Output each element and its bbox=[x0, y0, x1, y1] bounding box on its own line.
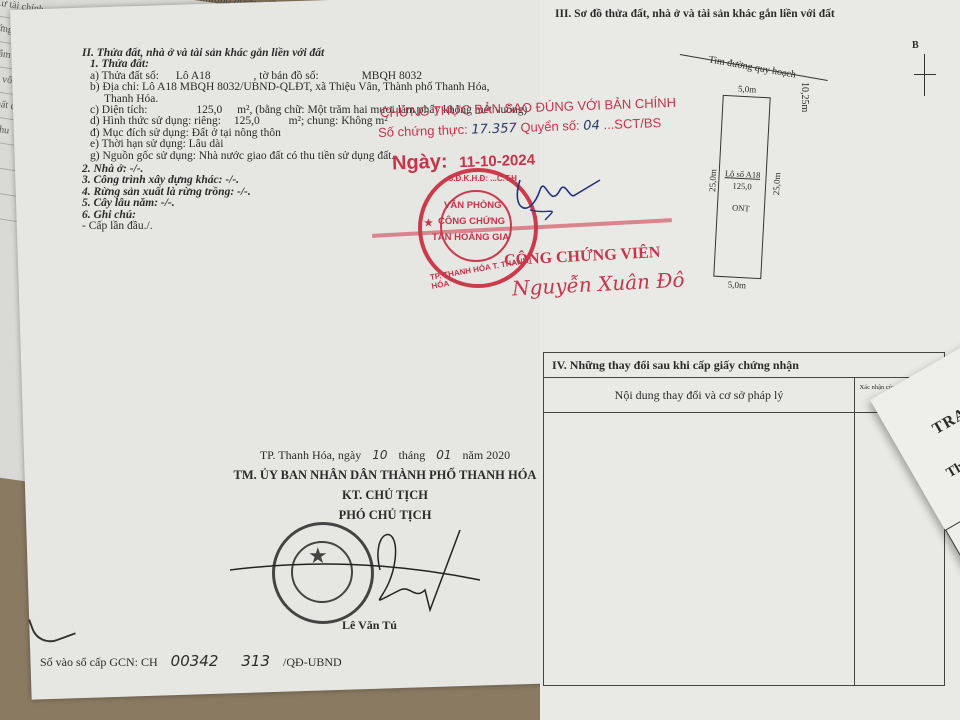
usage-form-label: d) Hình thức sử dụng: riêng: bbox=[90, 115, 221, 127]
issue-month: 01 bbox=[436, 448, 451, 462]
seal-line: CÔNG CHỨNG bbox=[438, 216, 505, 227]
seal-line: TÂN HOÀNG GIA bbox=[432, 232, 509, 243]
signer-name: Lê Văn Tú bbox=[342, 618, 397, 633]
issuer-signature-block: TP. Thanh Hóa, ngày 10 tháng 01 năm 2020… bbox=[220, 448, 550, 528]
road-distance: 10,25m bbox=[799, 82, 810, 112]
notary-signature bbox=[500, 170, 610, 230]
section-4-heading: IV. Những thay đổi sau khi cấp giấy chứn… bbox=[544, 353, 944, 378]
book-number-label: Quyển số: bbox=[520, 118, 580, 135]
usage-term: e) Thời hạn sử dụng: Lâu dài bbox=[90, 139, 527, 150]
changes-table-body bbox=[544, 413, 944, 685]
north-arrow-icon bbox=[924, 54, 925, 96]
area-label: c) Diện tích: bbox=[90, 104, 147, 116]
book-number-value: 04 bbox=[583, 118, 600, 134]
lot-right-dimension: 25,0m bbox=[771, 172, 782, 195]
certification-number-label: Số chứng thực: bbox=[378, 122, 468, 140]
lot-name: Lô số A18 bbox=[719, 168, 765, 180]
overlay-title: TRANG B... bbox=[930, 376, 960, 439]
registry-suffix: /QĐ-UBND bbox=[283, 655, 342, 669]
overlay-line: Thửa đất số... bbox=[944, 427, 960, 482]
plot-number-label: a) Thửa đất số: bbox=[90, 70, 159, 82]
land-plot-label: 1. Thửa đất: bbox=[90, 58, 149, 70]
seal-line: VĂN PHÒNG bbox=[444, 200, 502, 211]
lot-left-dimension: 25,0m bbox=[707, 169, 718, 192]
map-sheet-label: , tờ bản đồ số: bbox=[254, 70, 319, 82]
issuing-organization: TM. ỦY BAN NHÂN DÂN THÀNH PHỐ THANH HÓA bbox=[220, 468, 550, 483]
lot-diagram: 5,0m 5,0m 25,0m 25,0m Lô số A18 125,0 ON… bbox=[713, 95, 770, 279]
usage-shared-value: m²; chung: Không m² bbox=[289, 115, 388, 127]
usage-private-value: 125,0 bbox=[234, 115, 260, 127]
area-value: 125,0 bbox=[196, 104, 222, 116]
registry-number-value: 00342 bbox=[171, 652, 219, 670]
on-behalf-label: KT. CHỦ TỊCH bbox=[220, 488, 550, 503]
month-label: tháng bbox=[399, 448, 426, 462]
map-sheet-value: MBQH 8032 bbox=[362, 70, 422, 82]
change-content-cell bbox=[544, 413, 855, 685]
plot-number-value: Lô A18 bbox=[176, 70, 211, 82]
registry-label: Số vào sổ cấp GCN: CH bbox=[40, 655, 158, 669]
registry-number: Số vào sổ cấp GCN: CH 00342 313 /QĐ-UBND bbox=[40, 652, 342, 670]
issue-year: năm 2020 bbox=[463, 448, 511, 462]
north-label: B bbox=[912, 40, 919, 51]
issue-day: 10 bbox=[372, 448, 387, 462]
address: b) Địa chỉ: Lô A18 MBQH 8032/UBND-QLĐT, … bbox=[90, 82, 527, 93]
date-label: Ngày: bbox=[392, 151, 448, 175]
star-icon: ★ bbox=[424, 218, 433, 229]
book-number-suffix: ...SCT/BS bbox=[603, 115, 661, 132]
certification-number-value: 17.357 bbox=[471, 121, 517, 138]
section-3-heading: III. Sơ đồ thửa đất, nhà ở và tài sản kh… bbox=[555, 8, 835, 20]
lot-area: 125,0 bbox=[719, 180, 765, 192]
issuer-signature bbox=[230, 520, 490, 620]
registry-code-value: 313 bbox=[241, 652, 270, 670]
issue-place: TP. Thanh Hóa, ngày bbox=[260, 448, 361, 462]
north-arrow-cross bbox=[914, 74, 936, 75]
lot-type: ONT bbox=[718, 202, 764, 214]
column-change-content: Nội dung thay đổi và cơ sở pháp lý bbox=[544, 378, 855, 412]
